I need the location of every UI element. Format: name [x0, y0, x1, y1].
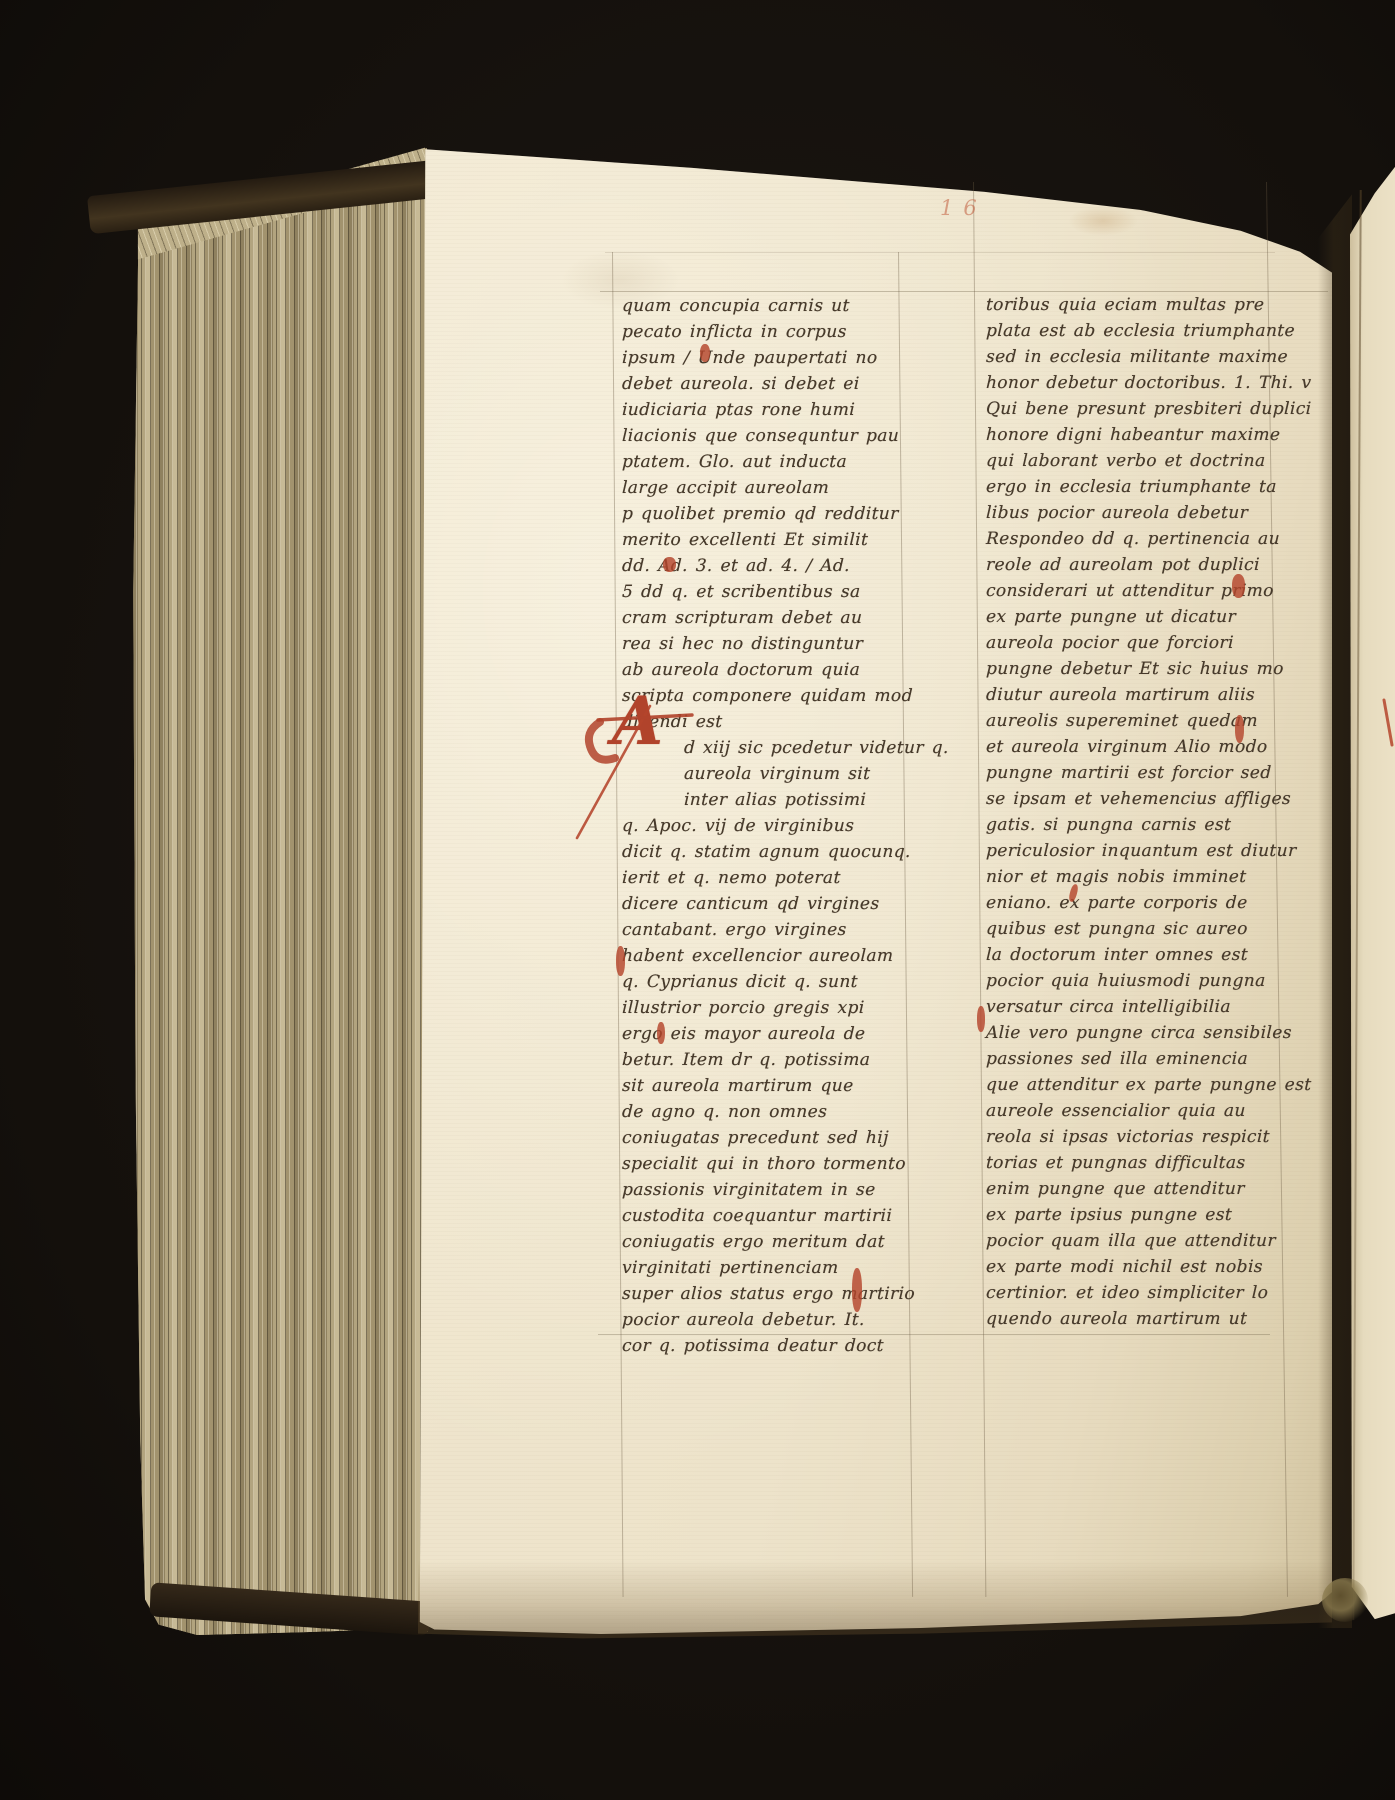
manuscript-line: dicendi est: [622, 709, 925, 735]
manuscript-line: habent excellencior aureolam: [622, 943, 925, 969]
manuscript-line: plata est ab ecclesia triumphante: [986, 318, 1279, 344]
manuscript-line: 5 dd q. et scribentibus sa: [622, 579, 925, 605]
manuscript-line: ptatem. Glo. aut inducta: [622, 449, 925, 475]
manuscript-line: cor q. potissima deatur doct: [622, 1333, 925, 1359]
manuscript-line: scripta componere quidam mod: [622, 683, 925, 709]
manuscript-line: large accipit aureolam: [622, 475, 925, 501]
manuscript-line: pecato inflicta in corpus: [622, 319, 925, 345]
manuscript-line: specialit qui in thoro tormento: [622, 1151, 925, 1177]
manuscript-line: p quolibet premio qd redditur: [622, 501, 925, 527]
photo-background: 16 quam concupia carnis utpecato inflict…: [0, 0, 1395, 1800]
manuscript-line: pungne martirii est forcior sed: [986, 760, 1279, 786]
manuscript-line: liacionis que consequntur pau: [622, 423, 925, 449]
manuscript-line: Respondeo dd q. pertinencia au: [986, 526, 1279, 552]
manuscript-line: pocior quam illa que attenditur: [986, 1228, 1279, 1254]
manuscript-line: gatis. si pungna carnis est: [986, 812, 1279, 838]
manuscript-line: pocior aureola debetur. It.: [622, 1307, 925, 1333]
manuscript-line: reola si ipsas victorias respicit: [986, 1124, 1279, 1150]
manuscript-line: cantabant. ergo virgines: [622, 917, 925, 943]
manuscript-line: sed in ecclesia militante maxime: [986, 344, 1279, 370]
page-corner-wear: [1322, 1578, 1368, 1622]
manuscript-line: pocior quia huiusmodi pungna: [986, 968, 1279, 994]
manuscript-line: virginitati pertinenciam: [622, 1255, 925, 1281]
rubric-mark: [657, 1022, 665, 1044]
text-column-right: toribus quia eciam multas preplata est a…: [986, 292, 1278, 1332]
rubric-mark: [852, 1268, 862, 1312]
ruling-line-horizontal: [605, 252, 1275, 253]
manuscript-line: illustrior porcio gregis xpi: [622, 995, 925, 1021]
manuscript-line: certinior. et ideo simpliciter lo: [986, 1280, 1279, 1306]
manuscript-line: ex parte modi nichil est nobis: [986, 1254, 1279, 1280]
manuscript-line: toribus quia eciam multas pre: [986, 292, 1279, 318]
manuscript-line: passionis virginitatem in se: [622, 1177, 925, 1203]
manuscript-line: aureola virginum sit: [622, 761, 925, 787]
book-fore-edge-page-stack: [132, 145, 428, 1635]
manuscript-line: quibus est pungna sic aureo: [986, 916, 1279, 942]
manuscript-line: periculosior inquantum est diutur: [986, 838, 1279, 864]
manuscript-line: pungne debetur Et sic huius mo: [986, 656, 1279, 682]
manuscript-line: iudiciaria ptas rone humi: [622, 397, 925, 423]
manuscript-line: nior et magis nobis imminet: [986, 864, 1279, 890]
manuscript-line: quam concupia carnis ut: [622, 293, 925, 319]
manuscript-line: coniugatis ergo meritum dat: [622, 1229, 925, 1255]
manuscript-line: qui laborant verbo et doctrina: [986, 448, 1279, 474]
folio-number: 16: [940, 196, 987, 220]
manuscript-line: honore digni habeantur maxime: [986, 422, 1279, 448]
manuscript-line: inter alias potissimi: [622, 787, 925, 813]
manuscript-line: Qui bene presunt presbiteri duplici: [986, 396, 1279, 422]
manuscript-line: q. Apoc. vij de virginibus: [622, 813, 925, 839]
manuscript-line: cram scripturam debet au: [622, 605, 925, 631]
manuscript-line: torias et pungnas difficultas: [986, 1150, 1279, 1176]
manuscript-line: se ipsam et vehemencius affliges: [986, 786, 1279, 812]
rubric-mark: [1235, 715, 1244, 743]
rubric-mark: [977, 1006, 985, 1032]
manuscript-line: custodita coequantur martirii: [622, 1203, 925, 1229]
manuscript-line: ab aureola doctorum quia: [622, 657, 925, 683]
manuscript-line: de agno q. non omnes: [622, 1099, 925, 1125]
manuscript-line: d xiij sic pcedetur videtur q.: [622, 735, 925, 761]
manuscript-line: betur. Item dr q. potissima: [622, 1047, 925, 1073]
manuscript-line: super alios status ergo martirio: [622, 1281, 925, 1307]
rubric-mark: [700, 344, 710, 362]
manuscript-line: rea si hec no distinguntur: [622, 631, 925, 657]
rubric-mark: [663, 557, 676, 572]
manuscript-line: aureola pocior que forciori: [986, 630, 1279, 656]
manuscript-line: que attenditur ex parte pungne est: [986, 1072, 1279, 1098]
text-column-left: quam concupia carnis utpecato inflicta i…: [622, 293, 924, 1359]
book-gutter-shadow: [1318, 150, 1352, 1628]
manuscript-line: libus pocior aureola debetur: [986, 500, 1279, 526]
manuscript-line: dicit q. statim agnum quocunq.: [622, 839, 925, 865]
manuscript-line: enim pungne que attenditur: [986, 1176, 1279, 1202]
manuscript-line: passiones sed illa eminencia: [986, 1046, 1279, 1072]
manuscript-line: ex parte pungne ut dicatur: [986, 604, 1279, 630]
manuscript-line: Alie vero pungne circa sensibiles: [986, 1020, 1279, 1046]
rubric-mark: [616, 946, 625, 976]
manuscript-line: aureole essencialior quia au: [986, 1098, 1279, 1124]
rubricated-initial-letter: A: [612, 688, 663, 754]
manuscript-line: honor debetur doctoribus. 1. Thi. v: [986, 370, 1279, 396]
manuscript-line: ergo eis mayor aureola de: [622, 1021, 925, 1047]
manuscript-line: ipsum / Unde paupertati no: [622, 345, 925, 371]
rubric-mark: [1232, 574, 1245, 598]
manuscript-line: debet aureola. si debet ei: [622, 371, 925, 397]
manuscript-line: q. Cyprianus dicit q. sunt: [622, 969, 925, 995]
manuscript-line: merito excellenti Et similit: [622, 527, 925, 553]
manuscript-line: ergo in ecclesia triumphante ta: [986, 474, 1279, 500]
manuscript-line: et aureola virginum Alio modo: [986, 734, 1279, 760]
page-bottom-shadow: [418, 1560, 1332, 1640]
manuscript-line: ex parte ipsius pungne est: [986, 1202, 1279, 1228]
manuscript-line: la doctorum inter omnes est: [986, 942, 1279, 968]
manuscript-line: quendo aureola martirum ut: [986, 1306, 1279, 1332]
manuscript-line: diutur aureola martirum aliis: [986, 682, 1279, 708]
manuscript-line: dicere canticum qd virgines: [622, 891, 925, 917]
manuscript-line: sit aureola martirum que: [622, 1073, 925, 1099]
manuscript-line: ierit et q. nemo poterat: [622, 865, 925, 891]
manuscript-line: eniano. ex parte corporis de: [986, 890, 1279, 916]
manuscript-line: versatur circa intelligibilia: [986, 994, 1279, 1020]
manuscript-line: coniugatas precedunt sed hij: [622, 1125, 925, 1151]
